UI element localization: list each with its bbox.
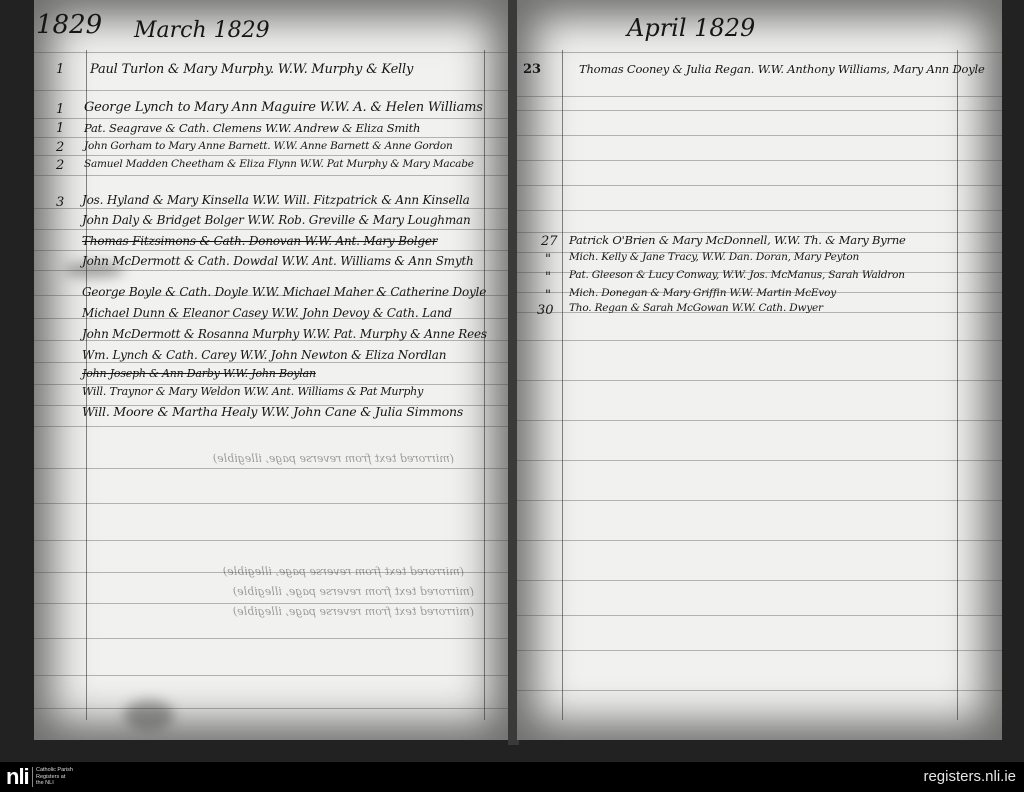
entry-text: Patrick O'Brien & Mary McDonnell, W.W. T…	[569, 233, 906, 247]
entry-text-struck: Thomas Fitzsimons & Cath. Donovan W.W. A…	[82, 234, 437, 248]
entry-day: 1	[56, 121, 64, 136]
entry-text: John McDermott & Rosanna Murphy W.W. Pat…	[82, 327, 487, 341]
entry-day: 23	[523, 62, 541, 77]
entry-text: Pat. Gleeson & Lucy Conway, W.W. Jos. Mc…	[569, 269, 905, 281]
entry-text: John McDermott & Cath. Dowdal W.W. Ant. …	[82, 254, 474, 268]
entry-text: Thomas Cooney & Julia Regan. W.W. Anthon…	[579, 62, 985, 76]
entry-text: Mich. Donegan & Mary Griffin W.W. Martin…	[569, 287, 836, 299]
scan-viewer[interactable]: 1829 March 1829 1Paul Turlon & Mary Murp…	[0, 0, 1024, 762]
entry-day: 1	[56, 62, 64, 77]
entry-day: 2	[56, 140, 64, 155]
entry-text: Samuel Madden Cheetham & Eliza Flynn W.W…	[84, 158, 474, 170]
logo-divider	[32, 767, 33, 787]
entry-day: 3	[56, 195, 64, 210]
left-register-page: 1829 March 1829 1Paul Turlon & Mary Murp…	[34, 0, 510, 740]
entry-text: Paul Turlon & Mary Murphy. W.W. Murphy &…	[90, 62, 413, 77]
entry-text: Mich. Kelly & Jane Tracy, W.W. Dan. Dora…	[569, 251, 859, 263]
entry-day: 2	[56, 158, 64, 173]
entry-text: Jos. Hyland & Mary Kinsella W.W. Will. F…	[82, 193, 470, 207]
entry-text: Pat. Seagrave & Cath. Clemens W.W. Andre…	[84, 121, 420, 135]
entry-text: Michael Dunn & Eleanor Casey W.W. John D…	[82, 306, 452, 320]
entry-text: Will. Moore & Martha Healy W.W. John Can…	[82, 404, 463, 419]
right-register-page: April 1829 23Thomas Cooney & Julia Regan…	[517, 0, 1002, 740]
entry-text: George Boyle & Cath. Doyle W.W. Michael …	[82, 285, 486, 299]
entry-text: John Daly & Bridget Bolger W.W. Rob. Gre…	[82, 213, 471, 227]
entry-text: Tho. Regan & Sarah McGowan W.W. Cath. Dw…	[569, 302, 823, 314]
entry-text: Will. Traynor & Mary Weldon W.W. Ant. Wi…	[82, 385, 423, 398]
entry-day: 30	[537, 303, 554, 318]
logo-caption: Catholic Parish Registers at the NLI	[36, 767, 73, 787]
entry-text-struck: John Joseph & Ann Darby W.W. John Boylan	[82, 367, 316, 380]
site-url-link[interactable]: registers.nli.ie	[923, 768, 1016, 785]
entry-day: "	[545, 252, 551, 267]
nli-logo[interactable]: nli	[6, 766, 29, 788]
page-header-month: April 1829	[627, 14, 755, 42]
page-header-month: March 1829	[134, 18, 270, 43]
entry-day: 27	[541, 234, 558, 249]
entry-day: "	[545, 270, 551, 285]
entry-text: John Gorham to Mary Anne Barnett. W.W. A…	[84, 140, 453, 152]
site-footer: nli Catholic Parish Registers at the NLI…	[0, 762, 1024, 792]
entry-day: "	[545, 288, 551, 303]
entry-text: George Lynch to Mary Ann Maguire W.W. A.…	[84, 100, 483, 115]
entry-day: 1	[56, 102, 64, 117]
margin-year: 1829	[36, 10, 102, 40]
entry-text: Wm. Lynch & Cath. Carey W.W. John Newton…	[82, 348, 446, 362]
